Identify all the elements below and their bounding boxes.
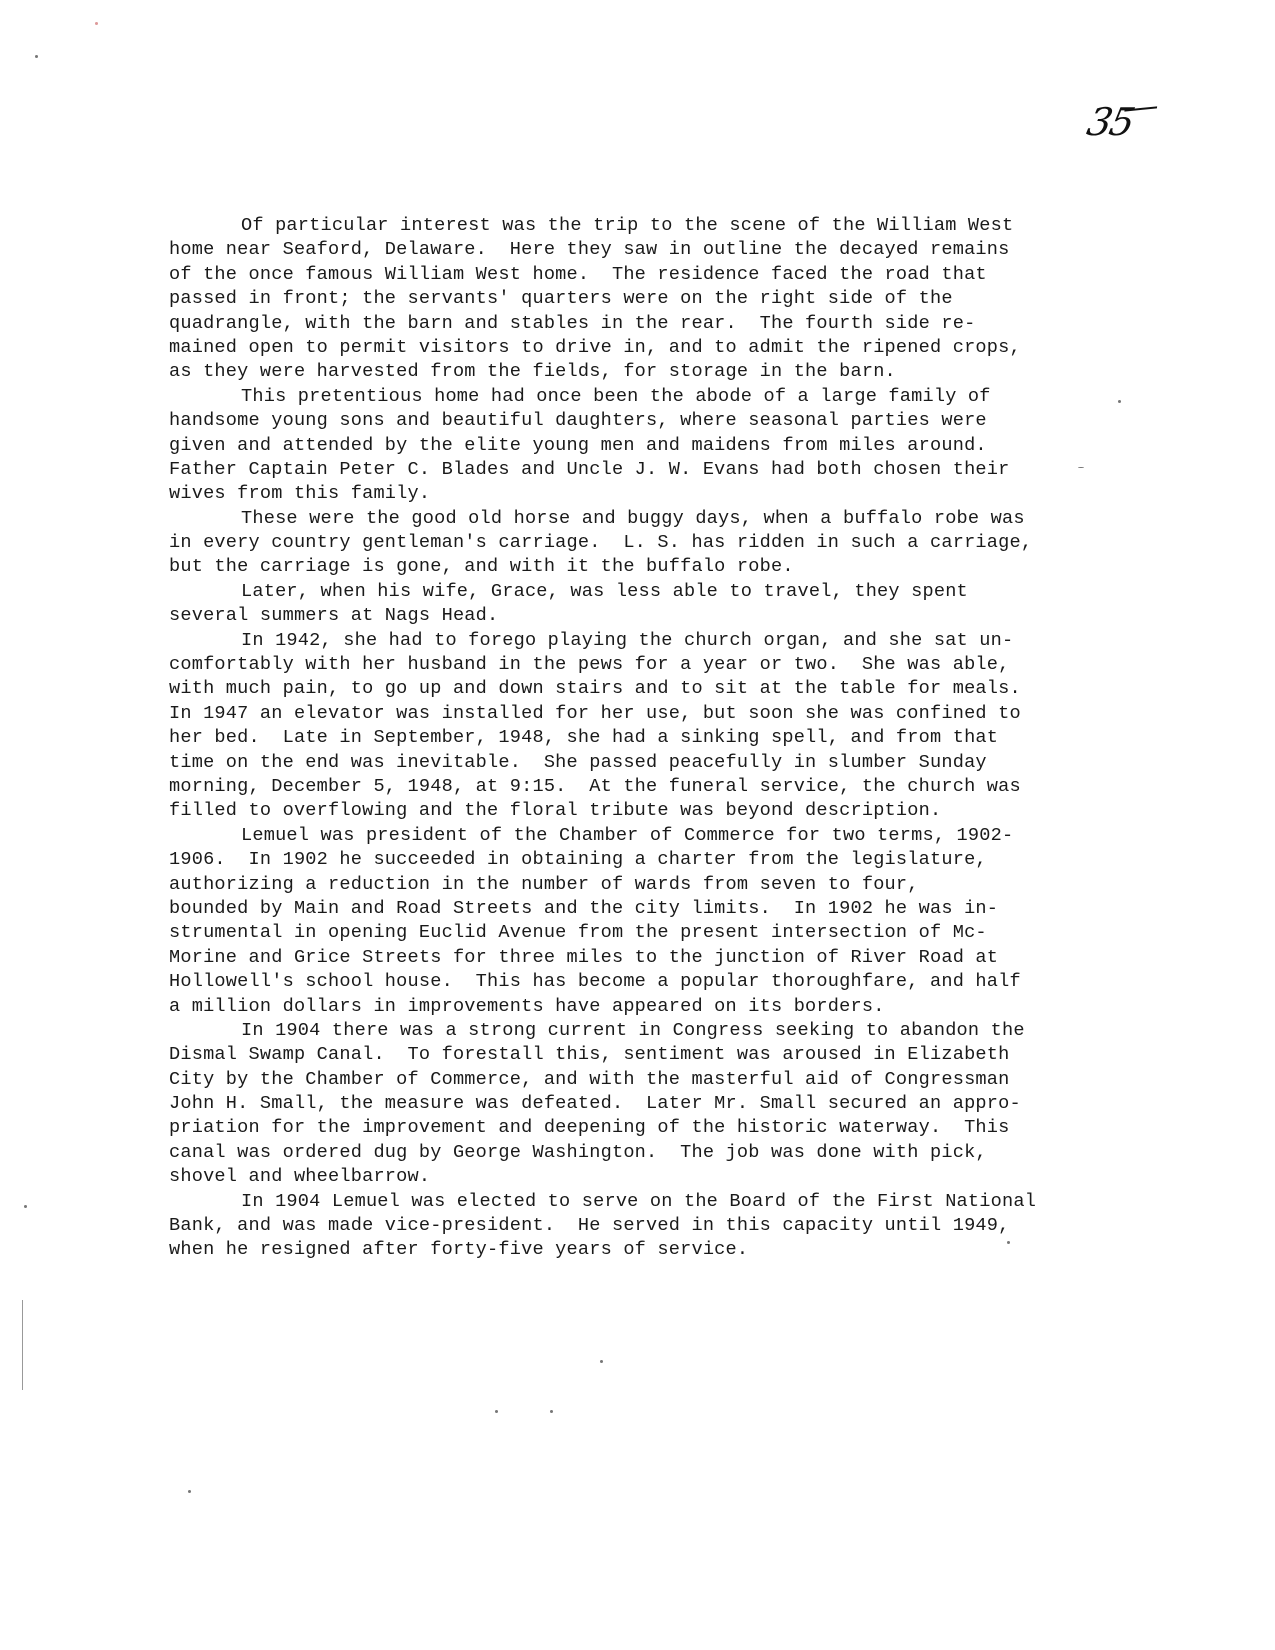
- text-line: John H. Small, the measure was defeated.…: [169, 1092, 1129, 1116]
- text-line: canal was ordered dug by George Washingt…: [169, 1141, 1129, 1165]
- scan-speck: [600, 1360, 603, 1363]
- text-line: strumental in opening Euclid Avenue from…: [169, 921, 1129, 945]
- scan-speck: [1078, 467, 1084, 468]
- text-line: passed in front; the servants' quarters …: [169, 287, 1129, 311]
- text-line: Hollowell's school house. This has becom…: [169, 970, 1129, 994]
- text-line: time on the end was inevitable. She pass…: [169, 751, 1129, 775]
- text-line: These were the good old horse and buggy …: [169, 507, 1129, 531]
- scan-speck: [495, 1410, 498, 1413]
- text-line: In 1904 there was a strong current in Co…: [169, 1019, 1129, 1043]
- text-line: In 1904 Lemuel was elected to serve on t…: [169, 1190, 1129, 1214]
- paragraph: This pretentious home had once been the …: [169, 385, 1129, 507]
- scan-speck: [1007, 1241, 1010, 1244]
- paragraph: Later, when his wife, Grace, was less ab…: [169, 580, 1129, 629]
- text-line: Dismal Swamp Canal. To forestall this, s…: [169, 1043, 1129, 1067]
- text-line: comfortably with her husband in the pews…: [169, 653, 1129, 677]
- scan-speck: [35, 55, 38, 58]
- scan-speck: [24, 1205, 27, 1208]
- text-line: a million dollars in improvements have a…: [169, 995, 1129, 1019]
- text-line: priation for the improvement and deepeni…: [169, 1116, 1129, 1140]
- paragraph: These were the good old horse and buggy …: [169, 507, 1129, 580]
- paragraph: In 1904 Lemuel was elected to serve on t…: [169, 1190, 1129, 1263]
- scan-speck: [95, 22, 98, 25]
- text-line: Later, when his wife, Grace, was less ab…: [169, 580, 1129, 604]
- text-line: with much pain, to go up and down stairs…: [169, 677, 1129, 701]
- text-line: in every country gentleman's carriage. L…: [169, 531, 1129, 555]
- text-line: quadrangle, with the barn and stables in…: [169, 312, 1129, 336]
- text-line: given and attended by the elite young me…: [169, 434, 1129, 458]
- page-number: 35: [1083, 100, 1137, 144]
- paragraph: In 1942, she had to forego playing the c…: [169, 629, 1129, 824]
- text-line: several summers at Nags Head.: [169, 604, 1129, 628]
- text-line: bounded by Main and Road Streets and the…: [169, 897, 1129, 921]
- text-line: her bed. Late in September, 1948, she ha…: [169, 726, 1129, 750]
- text-line: when he resigned after forty-five years …: [169, 1238, 1129, 1262]
- document-body: Of particular interest was the trip to t…: [169, 214, 1129, 1263]
- text-line: but the carriage is gone, and with it th…: [169, 555, 1129, 579]
- text-line: as they were harvested from the fields, …: [169, 360, 1129, 384]
- text-line: Lemuel was president of the Chamber of C…: [169, 824, 1129, 848]
- text-line: Father Captain Peter C. Blades and Uncle…: [169, 458, 1129, 482]
- text-line: Of particular interest was the trip to t…: [169, 214, 1129, 238]
- paragraph: Lemuel was president of the Chamber of C…: [169, 824, 1129, 1019]
- text-line: morning, December 5, 1948, at 9:15. At t…: [169, 775, 1129, 799]
- text-line: authorizing a reduction in the number of…: [169, 873, 1129, 897]
- scan-speck: [1118, 400, 1121, 403]
- text-line: home near Seaford, Delaware. Here they s…: [169, 238, 1129, 262]
- text-line: Bank, and was made vice-president. He se…: [169, 1214, 1129, 1238]
- scan-speck: [550, 1410, 553, 1413]
- scan-margin-mark: [22, 1300, 23, 1390]
- paragraph: Of particular interest was the trip to t…: [169, 214, 1129, 385]
- text-line: wives from this family.: [169, 482, 1129, 506]
- text-line: of the once famous William West home. Th…: [169, 263, 1129, 287]
- text-line: filled to overflowing and the floral tri…: [169, 799, 1129, 823]
- paragraph: In 1904 there was a strong current in Co…: [169, 1019, 1129, 1190]
- text-line: Morine and Grice Streets for three miles…: [169, 946, 1129, 970]
- text-line: 1906. In 1902 he succeeded in obtaining …: [169, 848, 1129, 872]
- text-line: City by the Chamber of Commerce, and wit…: [169, 1068, 1129, 1092]
- text-line: In 1942, she had to forego playing the c…: [169, 629, 1129, 653]
- text-line: mained open to permit visitors to drive …: [169, 336, 1129, 360]
- text-line: handsome young sons and beautiful daught…: [169, 409, 1129, 433]
- scan-speck: [188, 1490, 191, 1493]
- text-line: In 1947 an elevator was installed for he…: [169, 702, 1129, 726]
- text-line: This pretentious home had once been the …: [169, 385, 1129, 409]
- text-line: shovel and wheelbarrow.: [169, 1165, 1129, 1189]
